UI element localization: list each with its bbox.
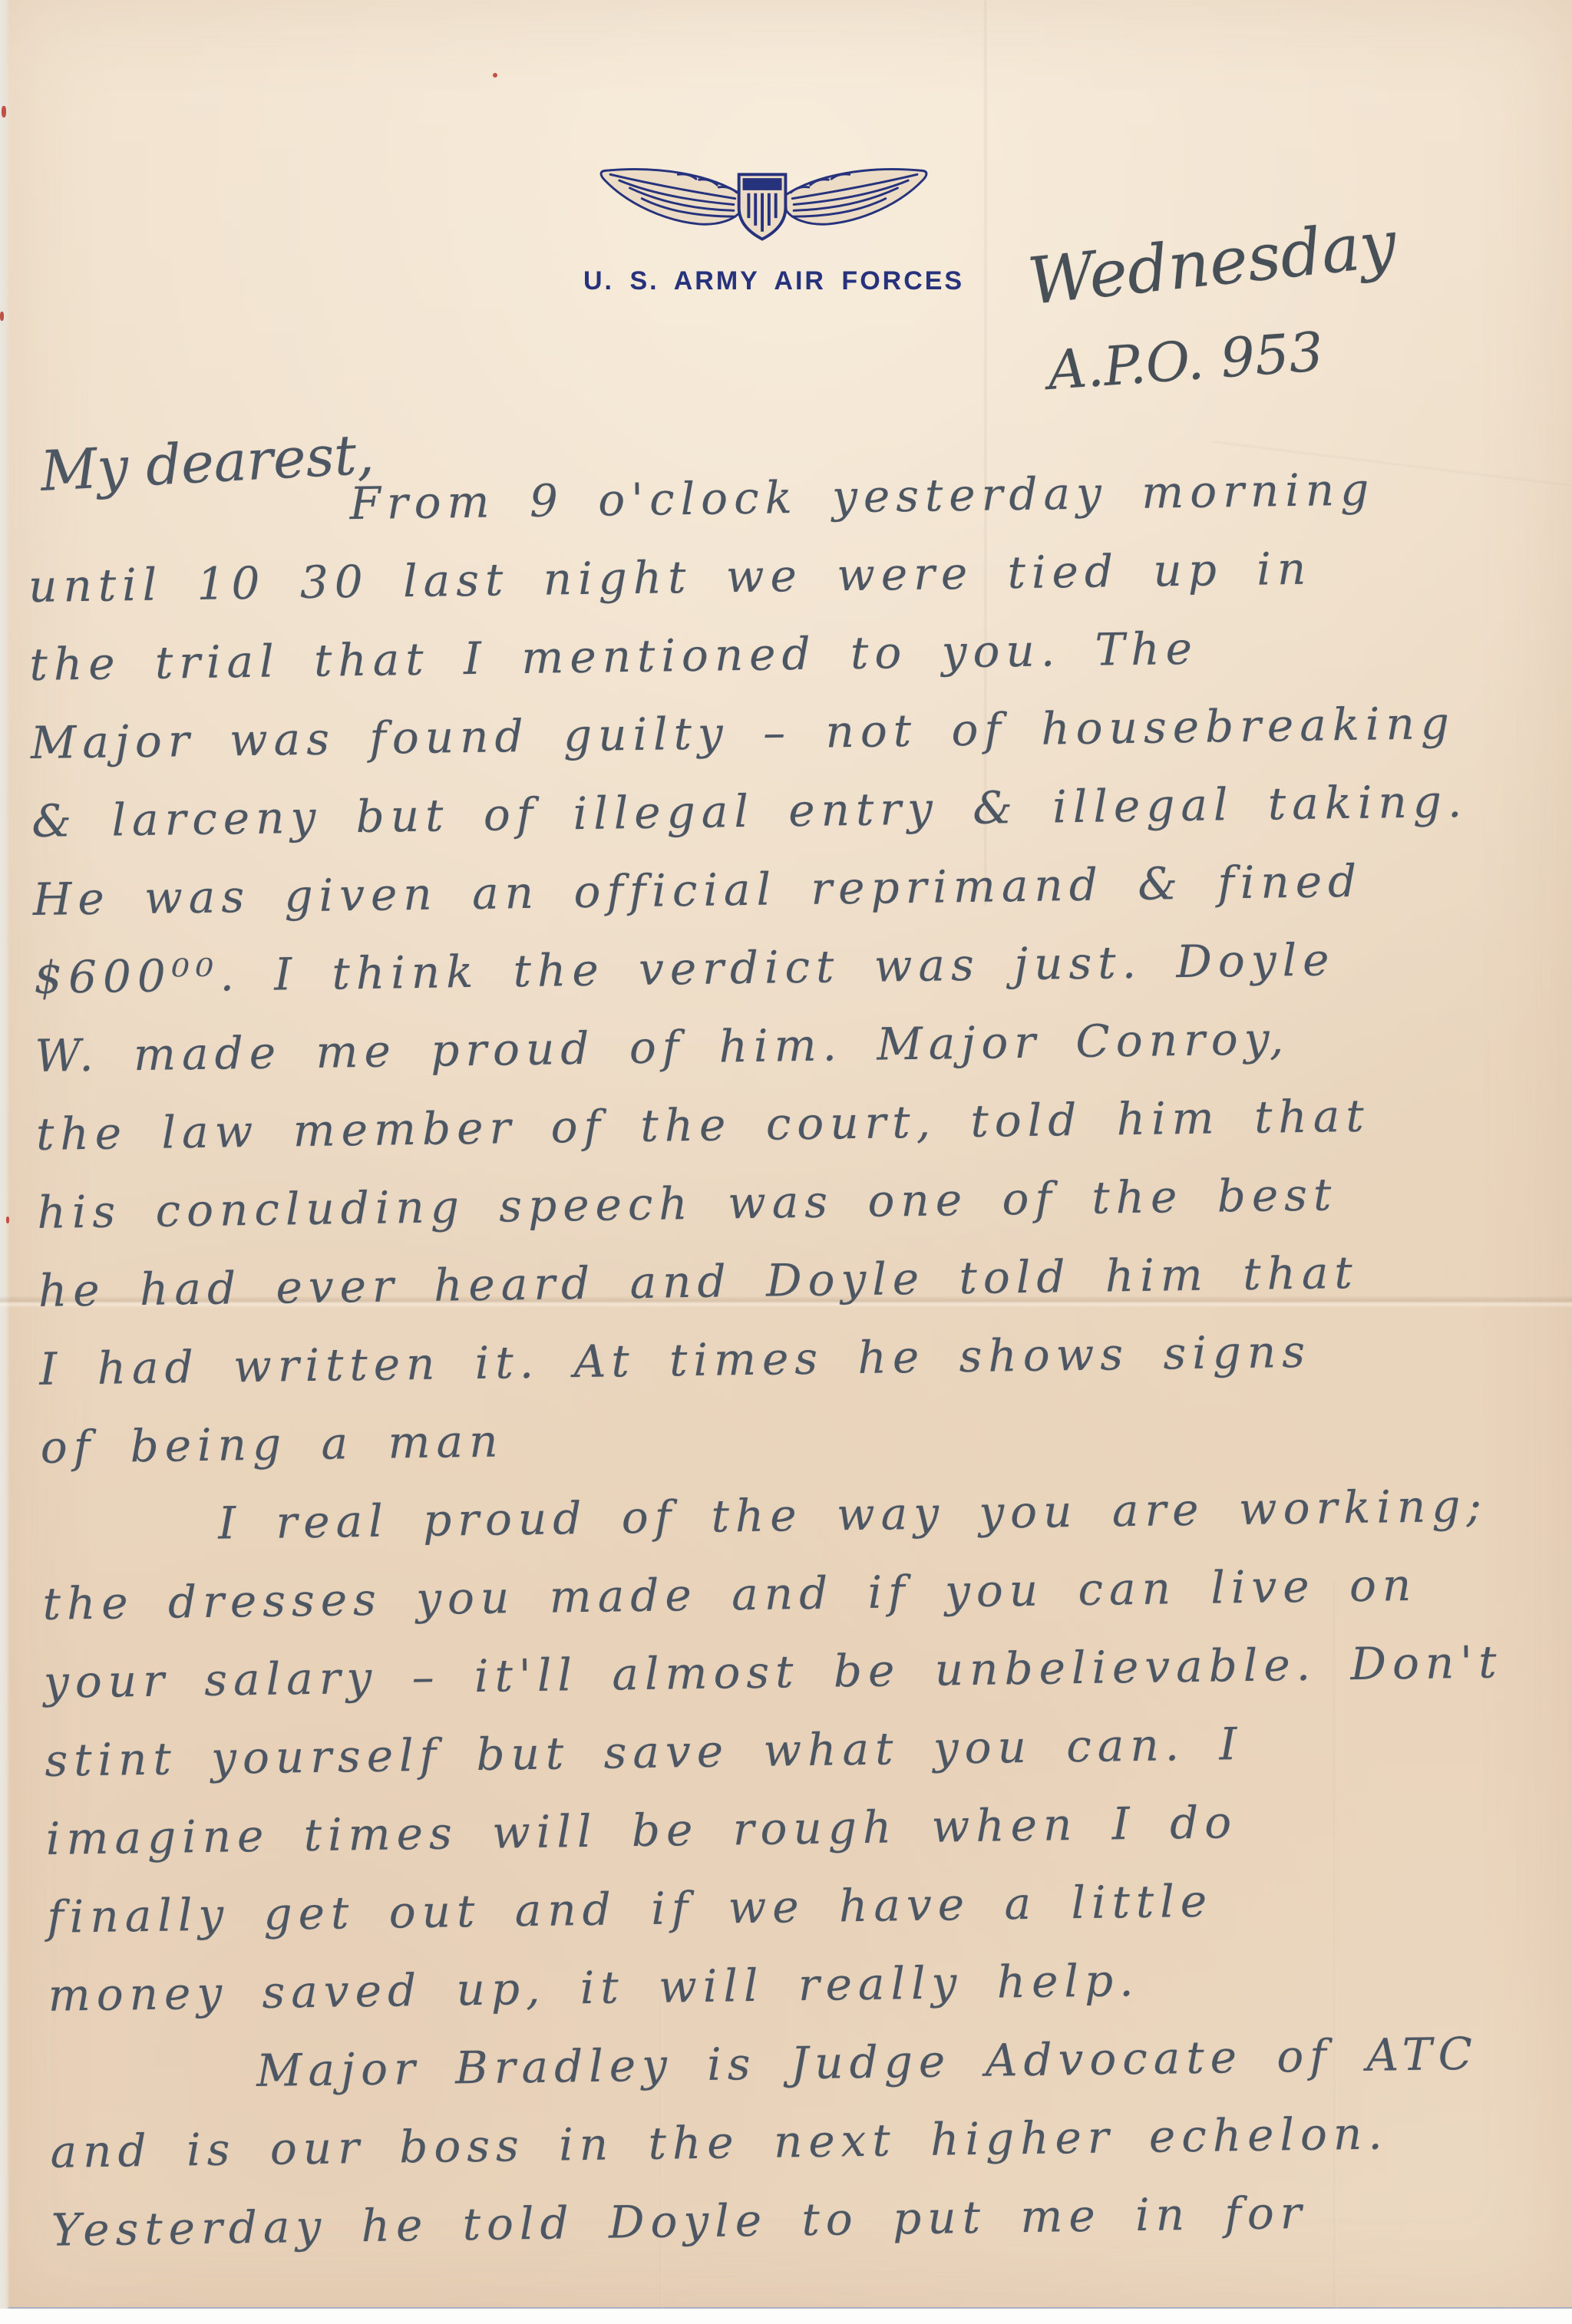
paper-speck <box>0 312 4 321</box>
paper-speck <box>6 1216 9 1223</box>
scan-edge <box>0 0 10 2309</box>
usaaf-wings-emblem-icon <box>590 147 937 260</box>
letter-body: From 9 o'clock yesterday morning until 1… <box>27 450 1572 2272</box>
scanned-letter: U. S. ARMY AIR FORCES Wednesday A.P.O. 9… <box>0 0 1572 2324</box>
paper-speck <box>493 73 497 78</box>
letterhead-org-name: U. S. ARMY AIR FORCES <box>583 266 944 296</box>
letterhead: U. S. ARMY AIR FORCES <box>583 147 944 296</box>
paper-speck <box>2 106 6 117</box>
